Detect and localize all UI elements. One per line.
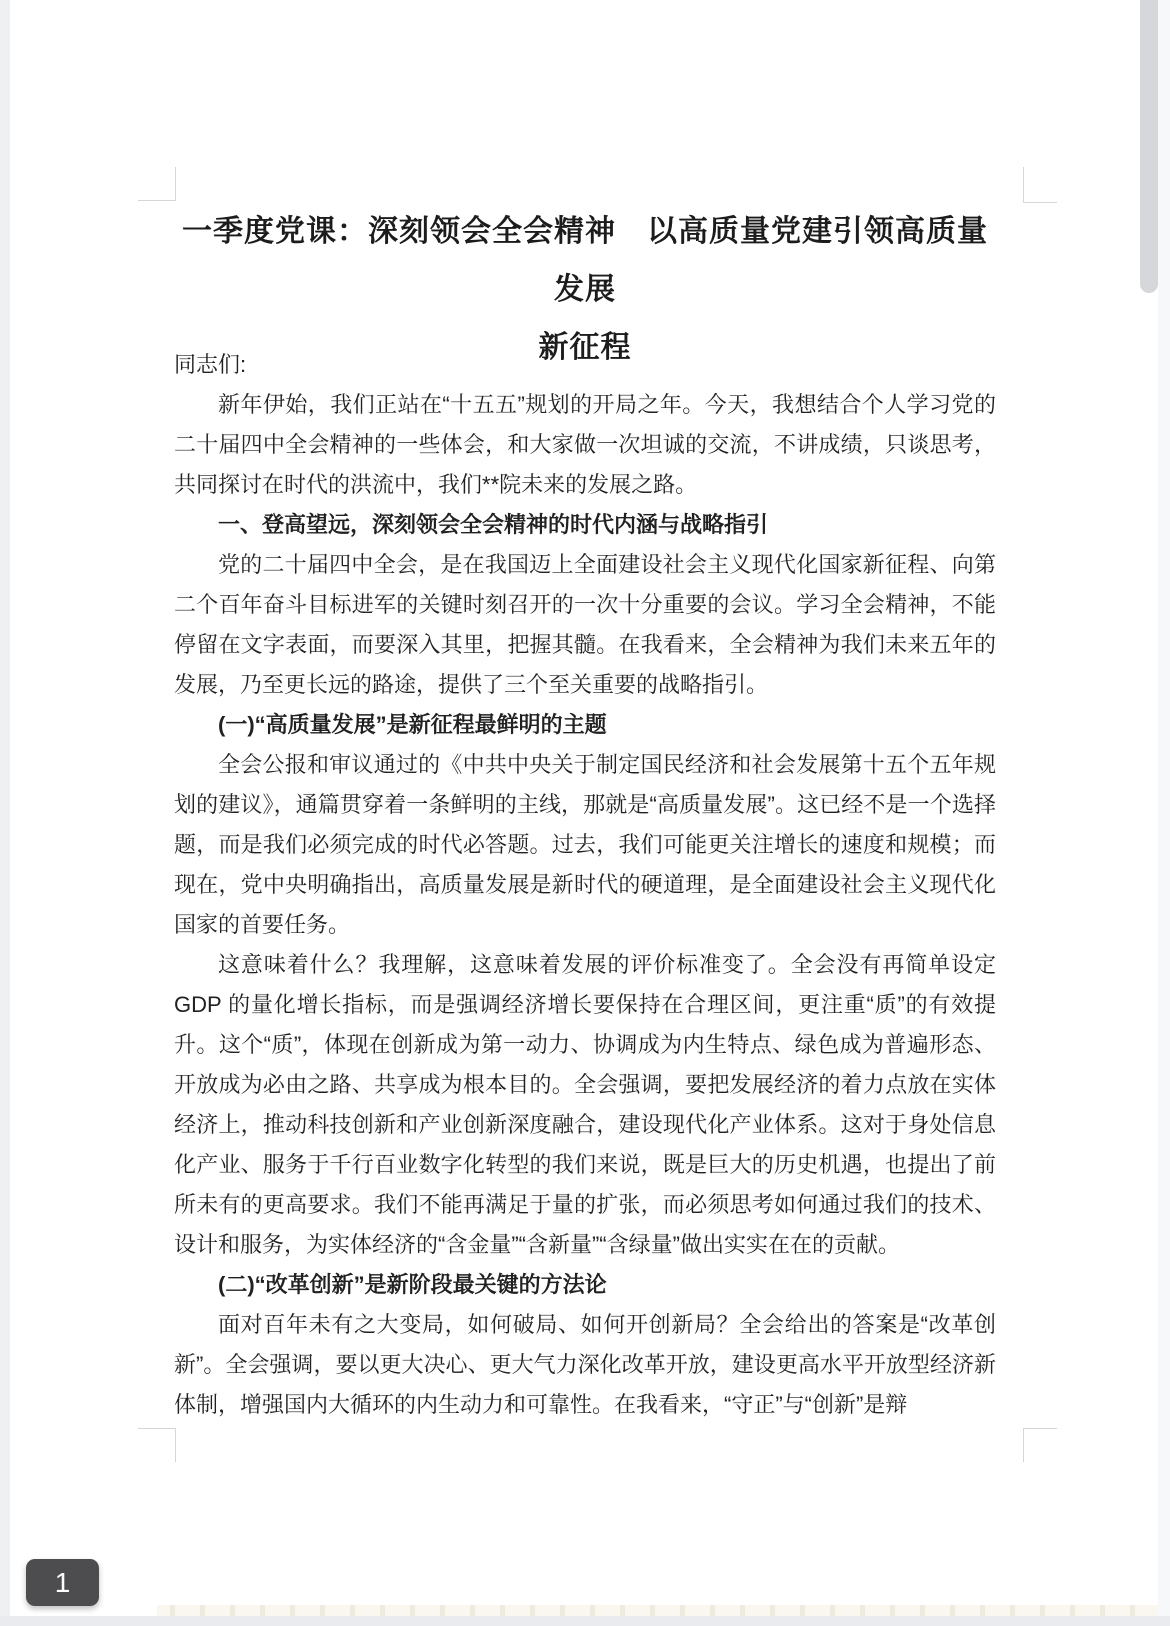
right-gutter bbox=[1158, 0, 1170, 1616]
paragraph: 面对百年未有之大变局，如何破局、如何开创新局？全会给出的答案是“改革创新”。全会… bbox=[174, 1305, 996, 1425]
page-number-badge: 1 bbox=[26, 1559, 99, 1606]
paragraph: 新年伊始，我们正站在“十五五”规划的开局之年。今天，我想结合个人学习党的二十届四… bbox=[174, 385, 996, 505]
margin-corner-mark-top-right bbox=[1023, 167, 1057, 203]
document-page: 一季度党课：深刻领会全会精神 以高质量党建引领高质量发展 新征程 同志们: 新年… bbox=[10, 0, 1158, 1616]
paragraph: 全会公报和审议通过的《中共中央关于制定国民经济和社会发展第十五个五年规划的建议》… bbox=[174, 745, 996, 945]
page-bottom-edge bbox=[0, 1616, 1170, 1626]
document-title-line-1: 一季度党课：深刻领会全会精神 以高质量党建引领高质量发展 bbox=[174, 203, 996, 319]
margin-corner-mark-bottom-left bbox=[138, 1428, 176, 1462]
section-heading-1: 一、登高望远，深刻领会全会精神的时代内涵与战略指引 bbox=[174, 505, 996, 545]
salutation: 同志们: bbox=[174, 345, 996, 385]
next-row-cutoff-strip bbox=[157, 1605, 1168, 1616]
paragraph: 党的二十届四中全会，是在我国迈上全面建设社会主义现代化国家新征程、向第二个百年奋… bbox=[174, 545, 996, 705]
subsection-heading-1: (一)“高质量发展”是新征程最鲜明的主题 bbox=[174, 705, 996, 745]
subsection-heading-2: (二)“改革创新”是新阶段最关键的方法论 bbox=[174, 1265, 996, 1305]
margin-corner-mark-bottom-right bbox=[1023, 1428, 1057, 1462]
scrollbar-thumb[interactable] bbox=[1140, 0, 1158, 293]
document-body: 同志们: 新年伊始，我们正站在“十五五”规划的开局之年。今天，我想结合个人学习党… bbox=[174, 345, 996, 1425]
page-number-label: 1 bbox=[55, 1567, 71, 1599]
document-viewer: 一季度党课：深刻领会全会精神 以高质量党建引领高质量发展 新征程 同志们: 新年… bbox=[0, 0, 1170, 1626]
paragraph: 这意味着什么？我理解，这意味着发展的评价标准变了。全会没有再简单设定GDP 的量… bbox=[174, 945, 996, 1265]
margin-corner-mark-top-left bbox=[138, 167, 176, 201]
